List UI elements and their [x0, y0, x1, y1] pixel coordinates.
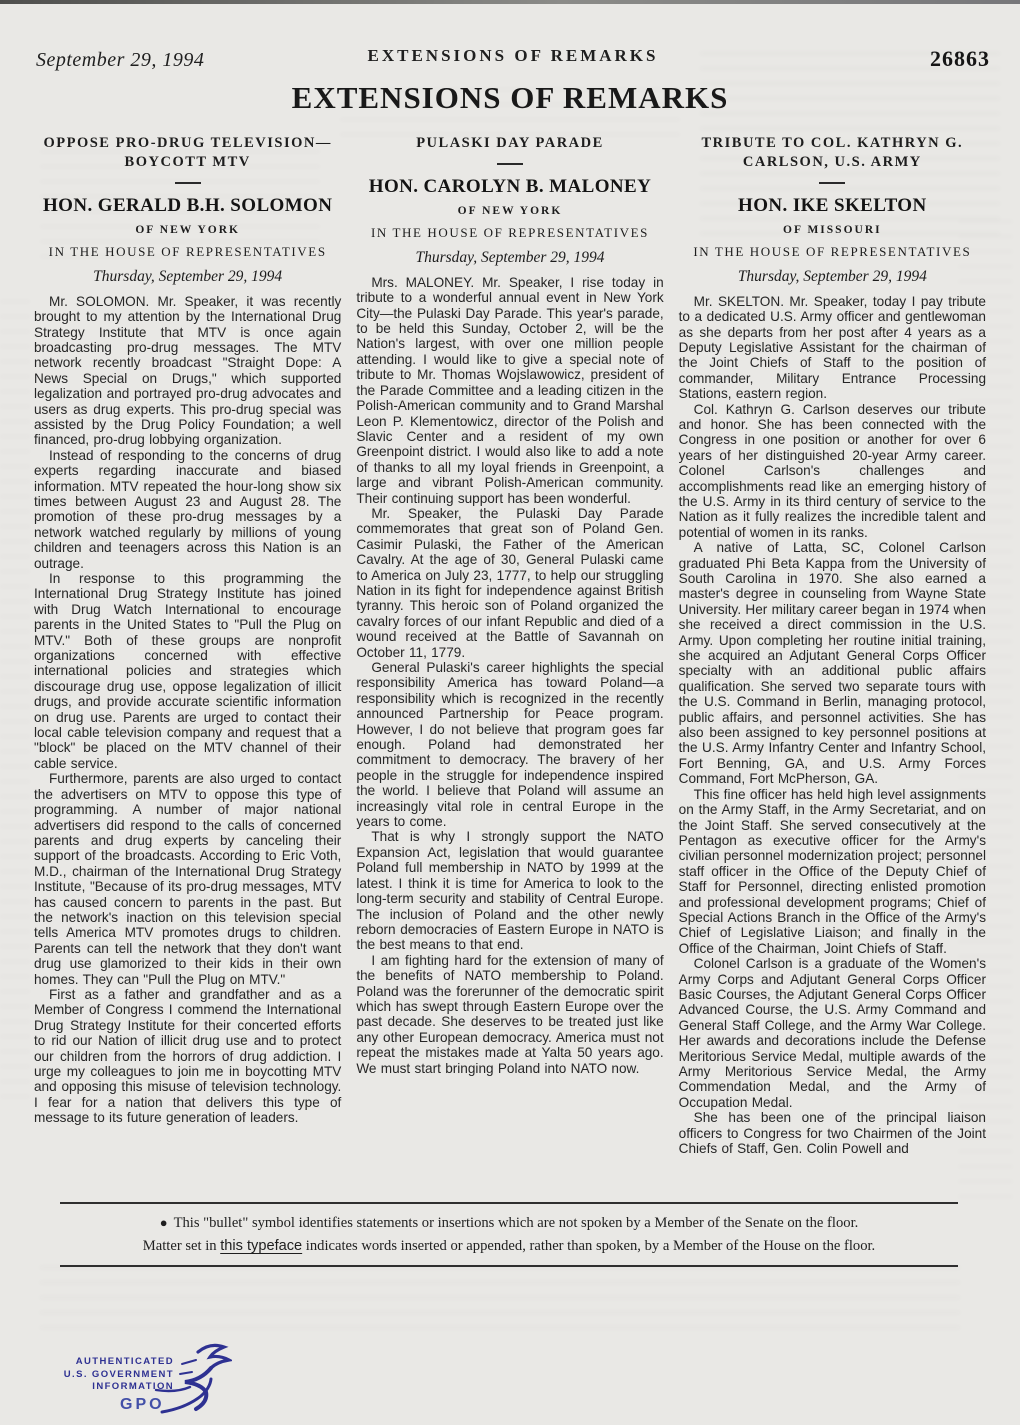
- speaker-state: OF NEW YORK: [356, 205, 663, 217]
- article-body: Mr. SKELTON. Mr. Speaker, today I pay tr…: [679, 294, 986, 1157]
- session-date: Thursday, September 29, 1994: [34, 268, 341, 286]
- body-paragraph: A native of Latta, SC, Colonel Carlson g…: [679, 540, 986, 787]
- speaker-name: HON. CAROLYN B. MALONEY: [356, 176, 663, 198]
- typeface-footnote-prefix: Matter set in: [143, 1238, 220, 1254]
- heading-rule: [497, 163, 523, 165]
- page-header: September 29, 1994 EXTENSIONS OF REMARKS…: [36, 46, 990, 72]
- congressional-record-page: September 29, 1994 EXTENSIONS OF REMARKS…: [0, 0, 1020, 1425]
- body-paragraph: Mr. SOLOMON. Mr. Speaker, it was recentl…: [34, 294, 341, 448]
- body-paragraph: Colonel Carlson is a graduate of the Wom…: [679, 956, 986, 1110]
- session-date: Thursday, September 29, 1994: [356, 249, 663, 267]
- body-paragraph: Mr. SKELTON. Mr. Speaker, today I pay tr…: [679, 294, 986, 402]
- article-title: OPPOSE PRO-DRUG TELEVISION— BOYCOTT MTV: [34, 134, 341, 172]
- article-oppose-pro-drug-television: OPPOSE PRO-DRUG TELEVISION— BOYCOTT MTV …: [34, 131, 341, 1156]
- body-paragraph: This fine officer has held high level as…: [679, 787, 986, 956]
- typeface-footnote-suffix: indicates words inserted or appended, ra…: [302, 1238, 875, 1254]
- typeface-keyword: this typeface: [220, 1238, 302, 1254]
- bleed-through-texture: [40, 1266, 960, 1336]
- issue-date: September 29, 1994: [36, 49, 204, 72]
- session-date: Thursday, September 29, 1994: [679, 268, 986, 286]
- article-pulaski-day-parade: PULASKI DAY PARADE HON. CAROLYN B. MALON…: [356, 131, 663, 1156]
- section-title: EXTENSIONS OF REMARKS: [0, 80, 1020, 116]
- bullet-footnote-text: This "bullet" symbol identifies statemen…: [174, 1215, 859, 1231]
- body-paragraph: Instead of responding to the concerns of…: [34, 448, 341, 571]
- typeface-footnote: Matter set in this typeface indicates wo…: [70, 1238, 948, 1255]
- article-body: Mr. SOLOMON. Mr. Speaker, it was recentl…: [34, 294, 341, 1126]
- chamber-line: IN THE HOUSE OF REPRESENTATIVES: [34, 244, 341, 260]
- speaker-name: HON. IKE SKELTON: [679, 195, 986, 217]
- speaker-name: HON. GERALD B.H. SOLOMON: [34, 195, 341, 217]
- body-paragraph: Mr. Speaker, the Pulaski Day Parade comm…: [356, 506, 663, 660]
- gpo-authentication-logo: AUTHENTICATED U.S. GOVERNMENT INFORMATIO…: [62, 1344, 227, 1424]
- body-paragraph: Mrs. MALONEY. Mr. Speaker, I rise today …: [356, 275, 663, 506]
- article-title: PULASKI DAY PARADE: [356, 134, 663, 153]
- footnote-box: ●This "bullet" symbol identifies stateme…: [60, 1202, 958, 1267]
- body-paragraph: That is why I strongly support the NATO …: [356, 829, 663, 952]
- article-tribute-col-carlson: TRIBUTE TO COL. KATHRYN G. CARLSON, U.S.…: [679, 131, 986, 1156]
- chamber-line: IN THE HOUSE OF REPRESENTATIVES: [356, 225, 663, 241]
- article-columns: OPPOSE PRO-DRUG TELEVISION— BOYCOTT MTV …: [34, 131, 986, 1156]
- body-paragraph: Furthermore, parents are also urged to c…: [34, 771, 341, 987]
- chamber-line: IN THE HOUSE OF REPRESENTATIVES: [679, 244, 986, 260]
- body-paragraph: In response to this programming the Inte…: [34, 571, 341, 771]
- body-paragraph: I am fighting hard for the extension of …: [356, 953, 663, 1076]
- gpo-eagle-icon: [154, 1340, 232, 1425]
- body-paragraph: First as a father and grandfather and as…: [34, 987, 341, 1126]
- body-paragraph: She has been one of the principal liaiso…: [679, 1110, 986, 1156]
- body-paragraph: Col. Kathryn G. Carlson deserves our tri…: [679, 402, 986, 541]
- heading-rule: [175, 182, 201, 184]
- bullet-footnote: ●This "bullet" symbol identifies stateme…: [70, 1215, 948, 1232]
- article-body: Mrs. MALONEY. Mr. Speaker, I rise today …: [356, 275, 663, 1076]
- article-title: TRIBUTE TO COL. KATHRYN G. CARLSON, U.S.…: [679, 134, 986, 172]
- speaker-state: OF NEW YORK: [34, 224, 341, 236]
- body-paragraph: General Pulaski's career highlights the …: [356, 660, 663, 829]
- bullet-icon: ●: [160, 1215, 168, 1230]
- page-number: 26863: [930, 46, 990, 72]
- scan-artifact-band: [0, 0, 1020, 4]
- heading-rule: [819, 182, 845, 184]
- bleed-through-texture: [0, 300, 30, 1100]
- speaker-state: OF MISSOURI: [679, 224, 986, 236]
